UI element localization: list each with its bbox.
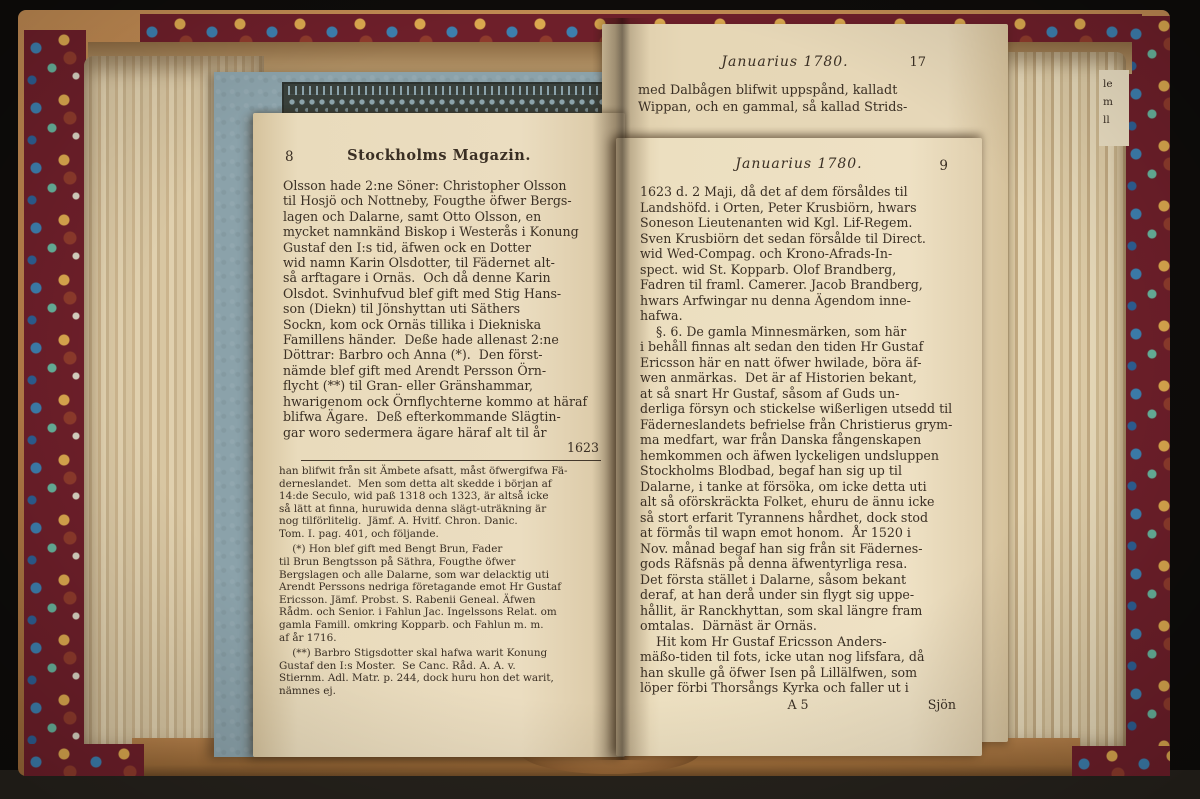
right-signature-line: A 5 Sjön [640, 697, 956, 713]
footnote-continuation: han blifwit från sit Ämbete afsatt, måst… [279, 465, 609, 541]
right-page-stack [1000, 52, 1126, 756]
footnote-star: (*) Hon blef gift med Bengt Brun, Fader … [279, 543, 609, 644]
protruding-page-edge: le m ll [1099, 70, 1129, 146]
ornament-palmette-row [288, 97, 604, 114]
left-catchword: 1623 [253, 440, 599, 455]
book-photograph: Januarius 1780. 17 med Dalbågen blifwit … [0, 0, 1200, 799]
left-body-text: Olsson hade 2:ne Söner: Christopher Olss… [283, 178, 607, 440]
left-page-header: 8 Stockholms Magazin. [253, 147, 625, 166]
signature-mark: A 5 [640, 697, 956, 712]
footnote-double-star: (**) Barbro Stigsdotter skal hafwa warit… [279, 647, 609, 697]
marbled-cover-bottom-left [24, 744, 144, 776]
ornament-meander-row [288, 86, 604, 95]
right-catchword: Sjön [928, 697, 956, 712]
overleaf-body-text: med Dalbågen blifwit uppspånd, kalladt W… [638, 82, 974, 116]
edge-text-fragment: ll [1103, 114, 1110, 126]
edge-text-fragment: m [1103, 96, 1113, 108]
marbled-cover-right-edge [1124, 16, 1170, 768]
right-page-number: 9 [939, 158, 948, 174]
left-running-title: Stockholms Magazin. [253, 147, 625, 164]
right-running-title: Januarius 1780. [616, 156, 982, 172]
overleaf-page-number: 17 [909, 55, 926, 70]
right-page-9: Januarius 1780. 9 1623 d. 2 Maji, då det… [616, 138, 982, 756]
marbled-cover-bottom-right [1072, 746, 1170, 776]
edge-text-fragment: le [1103, 78, 1113, 90]
footnote-rule [301, 460, 601, 461]
overleaf-header: Januarius 1780. 17 [602, 54, 1008, 72]
left-page-8: 8 Stockholms Magazin. Olsson hade 2:ne S… [253, 113, 625, 757]
right-body-text: 1623 d. 2 Maji, då det af dem försåldes … [640, 184, 956, 696]
right-page-header: Januarius 1780. 9 [616, 156, 982, 175]
marbled-cover-left-edge [24, 30, 86, 768]
